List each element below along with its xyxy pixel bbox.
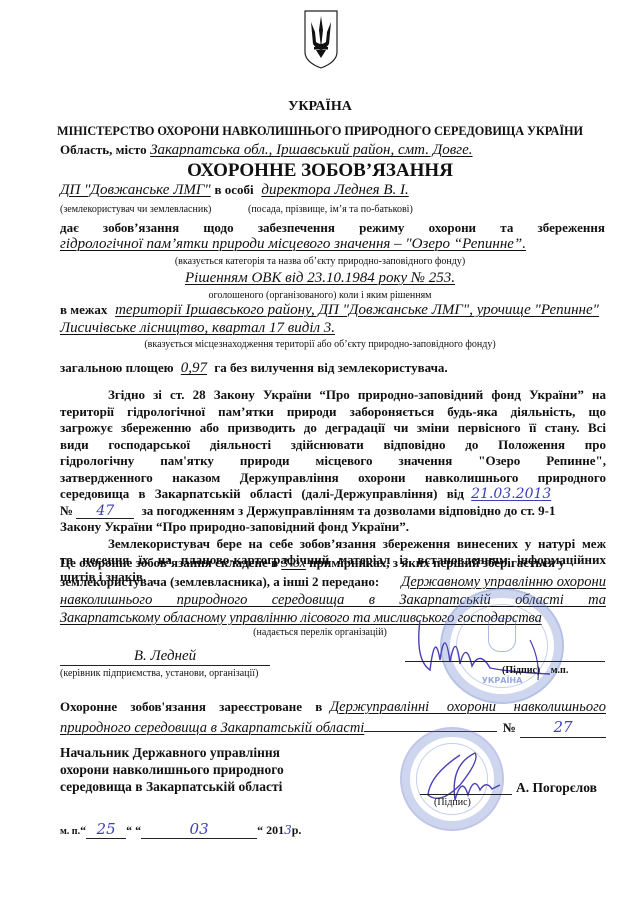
area-value: 0,97 bbox=[181, 360, 207, 376]
land-user-caption: (землекористувач чи землевласник) bbox=[60, 204, 211, 215]
representative-value: директора Леднея В. І. bbox=[261, 182, 408, 198]
date-month-handwritten: 03 bbox=[141, 820, 257, 839]
within-label: в межах bbox=[60, 302, 107, 317]
area-row: загальною площею 0,97 га без вилучення в… bbox=[60, 360, 448, 377]
date-day-handwritten: 25 bbox=[86, 820, 126, 839]
location-value-2: Лисичівське лісництво, квартал 17 виділ … bbox=[60, 320, 335, 337]
land-user-signer-name: В. Ледней bbox=[60, 648, 270, 666]
order-date-handwritten: 21.03.2013 bbox=[471, 486, 551, 502]
order-number-handwritten: 47 bbox=[76, 505, 134, 519]
date-year-digit-handwritten: 3 bbox=[284, 823, 292, 837]
registration-authority: Держуправлінні охорони навколишнього bbox=[330, 697, 606, 717]
signature-line-chief bbox=[420, 794, 512, 795]
location-caption: (вказується місцезнаходження території а… bbox=[0, 339, 640, 350]
region-label: Область, місто bbox=[60, 142, 147, 157]
chief-name: А. Погорєлов bbox=[516, 780, 597, 796]
decision-caption: оголошеного (організованого) коли і яким… bbox=[0, 290, 640, 301]
sign-caption-land-user: (Підпис) м.п. bbox=[502, 665, 568, 676]
decision-value: Рішенням ОВК від 23.10.1984 року № 253. bbox=[0, 270, 640, 287]
location-value-1: території Іршавського району, ДП "Довжан… bbox=[115, 302, 599, 318]
ministry-name: МІНІСТЕРСТВО ОХОРОНИ НАВКОЛИШНЬОГО ПРИРО… bbox=[0, 124, 640, 139]
region-row: Область, місто Закарпатська обл., Іршавс… bbox=[60, 142, 473, 159]
land-user-row: ДП "Довжанське ЛМГ" в особі директора Ле… bbox=[60, 182, 409, 199]
representative-caption: (посада, прізвище, ім’я та по-батькові) bbox=[248, 204, 413, 215]
protected-object-caption: (вказується категорія та назва об’єкту п… bbox=[0, 256, 640, 267]
in-person-label: в особі bbox=[214, 182, 253, 197]
country-name: УКРАЇНА bbox=[0, 99, 640, 115]
registration-number-handwritten: 27 bbox=[520, 717, 606, 738]
location-row: в межах території Іршавського району, ДП… bbox=[60, 302, 599, 319]
obligation-line: дає зобов’язання щодо забезпечення режим… bbox=[60, 220, 605, 236]
trident-coat-of-arms-icon bbox=[302, 8, 340, 70]
sign-caption-chief: (Підпис) bbox=[434, 797, 471, 808]
document-page: УКРАЇНА МІНІСТЕРСТВО ОХОРОНИ НАВКОЛИШНЬО… bbox=[0, 0, 640, 900]
signer-caption: (керівник підприємства, установи, органі… bbox=[60, 668, 258, 679]
protected-object-value: гідрологічної пам’ятки природи місцевого… bbox=[60, 236, 526, 253]
signature-line-land-user bbox=[405, 661, 605, 662]
registration-authority-cont: природного середовища в Закарпатській об… bbox=[60, 718, 364, 738]
date-row: м. п. “ 25 “ “ 03 “ 201 3 р. bbox=[60, 820, 301, 839]
registration-paragraph: Охоронне зобов'язання зареєстроване в Де… bbox=[60, 697, 606, 738]
copies-count: 3-ох bbox=[281, 556, 306, 571]
region-value: Закарпатська обл., Іршавський район, смт… bbox=[150, 142, 472, 158]
document-title: ОХОРОННЕ ЗОБОВ’ЯЗАННЯ bbox=[0, 160, 640, 182]
chief-title: Начальник Державного управління охорони … bbox=[60, 744, 284, 795]
land-user-value: ДП "Довжанське ЛМГ" bbox=[60, 182, 211, 198]
